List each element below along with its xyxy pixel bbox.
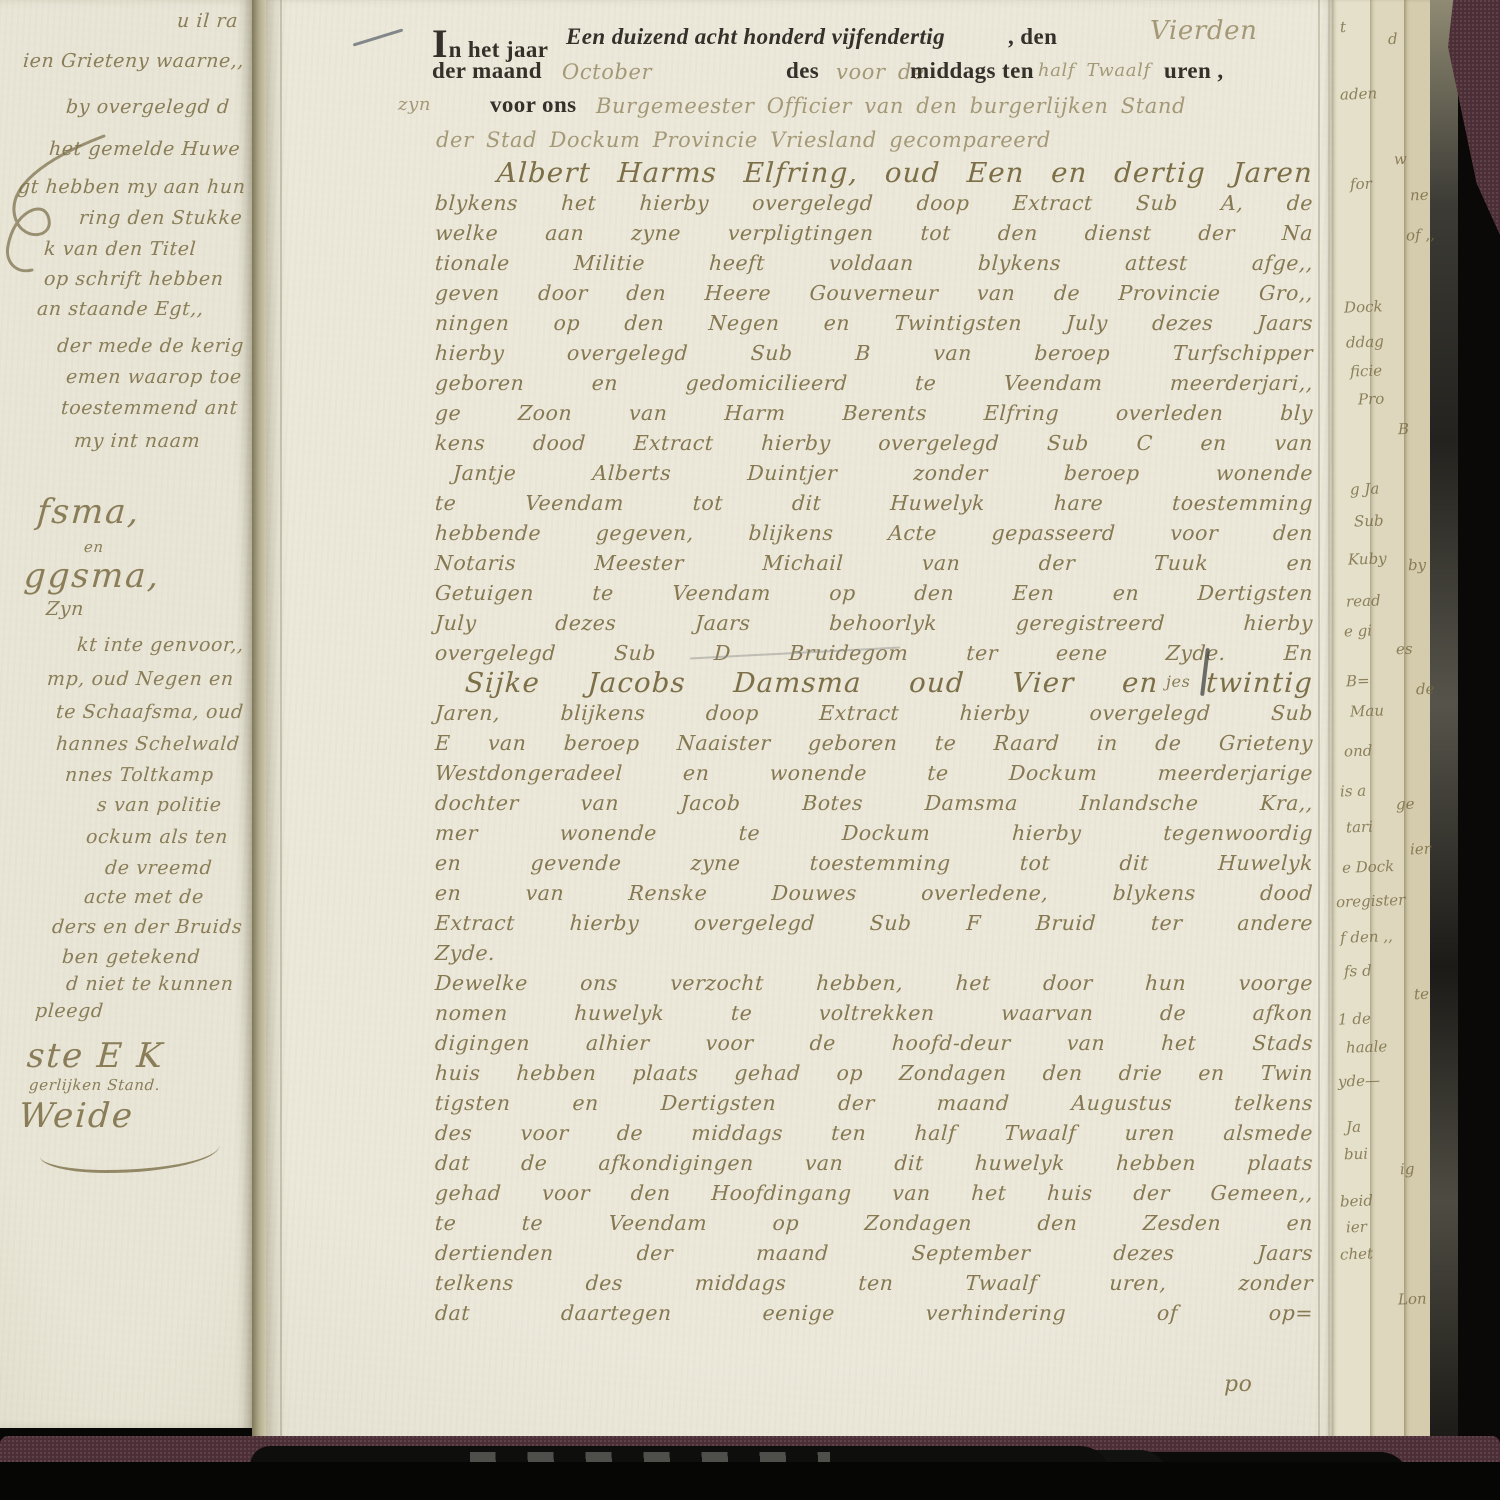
manuscript-line: E van beroep Naaister geboren te Raard i…: [434, 728, 1314, 758]
manuscript-line: ge Zoon van Harm Berents Elfring overled…: [434, 398, 1314, 428]
left-page-line-fragment: k van den Titel: [43, 238, 197, 260]
edge-text-fragment: by: [1408, 556, 1427, 575]
left-page-line-fragment: te Schaafsma, oud: [56, 701, 245, 723]
edge-text-fragment: for: [1350, 175, 1372, 194]
manuscript-line: Jantje Alberts Duintjer zonder beroep wo…: [434, 458, 1314, 488]
edge-text-fragment: Pro: [1358, 390, 1385, 409]
manuscript-line: en van Renske Douwes overledene, blykens…: [434, 878, 1314, 908]
manuscript-line: nomen huwelyk te voltrekken waarvan de a…: [434, 998, 1314, 1028]
main-record-page: In het jaar Een duizend acht honderd vij…: [266, 0, 1332, 1447]
form-printed-uren: uren ,: [1164, 58, 1224, 84]
edge-text-fragment: e gi: [1344, 622, 1373, 641]
manuscript-line: geboren en gedomicilieerd te Veendam mee…: [434, 368, 1314, 398]
background-bottom: [0, 1462, 1500, 1500]
edge-text-fragment: d: [1388, 30, 1398, 48]
manuscript-line: te te Veendam op Zondagen den Zesden en: [434, 1208, 1314, 1238]
edge-text-fragment: Dock: [1344, 297, 1383, 316]
left-page-line-fragment: ring den Stukke: [78, 207, 243, 229]
edge-text-fragment: ig: [1400, 1160, 1415, 1178]
written-hour: half Twaalf: [1038, 60, 1151, 81]
manuscript-line: hebbende gegeven, blijkens Acte gepassee…: [434, 518, 1314, 548]
manuscript-line: en gevende zyne toestemming tot dit Huwe…: [434, 848, 1314, 878]
edge-text-fragment: chet: [1340, 1244, 1374, 1263]
edge-text-fragment: e Dock: [1342, 857, 1395, 877]
written-month: October: [562, 60, 652, 84]
page-crease: [1318, 0, 1320, 1447]
registry-book-photo: u il raien Grieteny waarne,,by overgeleg…: [0, 0, 1500, 1500]
edge-text-fragment: Ja: [1346, 1118, 1362, 1137]
left-page-line-fragment: d niet te kunnen: [66, 973, 235, 995]
left-page-line-fragment: gerlijken Stand.: [28, 1076, 160, 1094]
edge-text-fragment: de: [1416, 680, 1435, 699]
manuscript-line: des voor de middags ten half Twaalf uren…: [434, 1118, 1314, 1148]
form-printed-middags-ten: middags ten: [910, 58, 1034, 84]
left-page-line-fragment: kt inte genvoor,,: [76, 634, 244, 656]
left-page-line-fragment: my int naam: [73, 430, 201, 452]
edge-text-fragment: ficie: [1350, 361, 1383, 380]
manuscript-line: Zyde.: [434, 938, 1314, 968]
page-edge-strip: [1370, 0, 1404, 1456]
edge-text-fragment: yde—: [1338, 1071, 1381, 1090]
left-page-line-fragment: by overgelegd d: [66, 96, 231, 118]
left-page-line-fragment: emen waarop toe: [65, 366, 242, 388]
edge-text-fragment: ge: [1396, 795, 1415, 814]
catchword: po: [1224, 1372, 1253, 1397]
manuscript-line: tionale Militie heeft voldaan blykens at…: [434, 248, 1314, 278]
manuscript-line: dertienden der maand September dezes Jaa…: [434, 1238, 1314, 1268]
manuscript-line: ningen op den Negen en Twintigsten July …: [434, 308, 1314, 338]
written-official-title: Burgemeester Officier van den burgerlijk…: [596, 94, 1186, 118]
edge-text-fragment: ddag: [1346, 332, 1384, 351]
manuscript-line: mer wonende te Dockum hierby tegenwoordi…: [434, 818, 1314, 848]
edge-text-fragment: g Ja: [1350, 479, 1380, 498]
left-page-line-fragment: acte met de: [83, 886, 204, 908]
manuscript-line: blykens het hierby overgelegd doop Extra…: [434, 188, 1314, 218]
manuscript-line: Jaren, blijkens doop Extract hierby over…: [434, 698, 1314, 728]
manuscript-line: welke aan zyne verpligtingen tot den die…: [434, 218, 1314, 248]
left-page-line-fragment: toestemmend ant: [60, 397, 238, 419]
edge-text-fragment: read: [1346, 591, 1381, 610]
left-page-line-fragment: nnes Toltkamp: [65, 764, 215, 786]
left-page-line-fragment: Zyn: [45, 598, 85, 620]
page-crease: [1328, 0, 1330, 1447]
manuscript-line: Westdongeradeel en wonende te Dockum mee…: [434, 758, 1314, 788]
written-city-line: der Stad Dockum Provincie Vriesland geco…: [436, 128, 1051, 152]
edge-text-fragment: ond: [1344, 742, 1373, 761]
edge-text-fragment: Sub: [1354, 511, 1384, 530]
edge-text-fragment: Mau: [1350, 701, 1385, 720]
page-crease: [280, 0, 282, 1447]
interlinear-insertion: jes: [1166, 672, 1190, 691]
manuscript-line: Albert Harms Elfring, oud Een en dertig …: [434, 158, 1314, 188]
form-printed-des: des: [786, 58, 819, 84]
manuscript-line: dat de afkondigingen van dit huwelyk heb…: [434, 1148, 1314, 1178]
edge-text-fragment: ier: [1410, 840, 1431, 859]
edge-text-fragment: beid: [1340, 1191, 1373, 1210]
manuscript-line: kens dood Extract hierby overgelegd Sub …: [434, 428, 1314, 458]
left-page-line-fragment: de vreemd: [104, 857, 213, 879]
manuscript-line: Dewelke ons verzocht hebben, het door hu…: [434, 968, 1314, 998]
form-printed-den: , den: [1008, 24, 1057, 50]
edge-text-fragment: fs d: [1344, 962, 1372, 981]
manuscript-line: tigsten en Dertigsten der maand Augustus…: [434, 1088, 1314, 1118]
manuscript-line: digingen alhier voor de hoofd-deur van h…: [434, 1028, 1314, 1058]
left-page-line-fragment: ockum als ten: [85, 826, 229, 848]
left-page-line-fragment: der mede de kerig: [56, 335, 245, 357]
manuscript-line: Notaris Meester Michail van der Tuuk en: [434, 548, 1314, 578]
left-page-line-fragment: ien Grieteny waarne,,: [22, 50, 245, 72]
edge-text-fragment: B: [1398, 420, 1410, 438]
edge-text-fragment: Kuby: [1348, 549, 1387, 568]
manuscript-line: overgelegd Sub D Bruidegom ter eene Zyde…: [434, 638, 1314, 668]
left-page-line-fragment: ggsma,: [22, 556, 161, 596]
left-page-line-fragment: u il ra: [176, 10, 239, 32]
edge-text-fragment: aden: [1340, 84, 1378, 103]
book-binding-dark: [1458, 0, 1500, 1500]
edge-text-fragment: 1 de: [1338, 1009, 1371, 1028]
edge-text-fragment: te: [1414, 985, 1430, 1004]
manuscript-line: geven door den Heere Gouverneur van de P…: [434, 278, 1314, 308]
edge-text-fragment: B=: [1346, 672, 1370, 691]
manuscript-line: Getuigen te Veendam op den Een en Dertig…: [434, 578, 1314, 608]
edge-text-fragment: es: [1396, 640, 1413, 659]
manuscript-line: dat daartegen eenige verhindering of op=: [434, 1298, 1314, 1328]
left-page-line-fragment: ben getekend: [61, 946, 201, 968]
form-printed-voor-ons: voor ons: [490, 92, 577, 118]
left-page-line-fragment: pleegd: [35, 1000, 105, 1022]
left-page: u il raien Grieteny waarne,,by overgeleg…: [0, 0, 252, 1428]
edge-text-fragment: oregister: [1336, 891, 1406, 911]
book-gutter: [252, 0, 266, 1446]
written-zyn: zyn: [398, 94, 431, 115]
form-printed-der-maand: der maand: [432, 58, 542, 84]
left-page-line-fragment: hannes Schelwald: [56, 733, 241, 755]
edge-text-fragment: t: [1340, 18, 1347, 36]
left-page-line-fragment: ste E K: [26, 1036, 166, 1076]
page-edge-shadow-strip: [1430, 0, 1458, 1466]
edge-text-fragment: tari: [1346, 818, 1374, 837]
left-page-line-fragment: s van politie: [97, 794, 223, 816]
edge-text-fragment: ne: [1410, 186, 1429, 205]
edge-text-fragment: bui: [1344, 1145, 1369, 1164]
manuscript-line: telkens des middags ten Twaalf uren, zon…: [434, 1268, 1314, 1298]
manuscript-line: July dezes Jaars behoorlyk geregistreerd…: [434, 608, 1314, 638]
signature-flourish-underline: [40, 1128, 220, 1173]
edge-text-fragment: f den ,,: [1340, 927, 1393, 947]
manuscript-line: dochter van Jacob Botes Damsma Inlandsch…: [434, 788, 1314, 818]
left-page-line-fragment: ders en der Bruids: [51, 916, 243, 938]
form-printed-year-words: Een duizend acht honderd vijfendertig: [566, 24, 945, 50]
left-page-line-fragment: gt hebben my aan hun: [18, 176, 247, 198]
left-page-line-fragment: mp, oud Negen en: [46, 668, 234, 690]
written-day: Vierden: [1150, 16, 1257, 46]
left-page-line-fragment: fsma,: [35, 492, 141, 532]
edge-text-fragment: is a: [1340, 782, 1367, 801]
left-page-line-fragment: op schrift hebben: [44, 268, 225, 290]
manuscript-line: Extract hierby overgelegd Sub F Bruid te…: [434, 908, 1314, 938]
manuscript-line: te Veendam tot dit Huwelyk hare toestemm…: [434, 488, 1314, 518]
page-edge-strip: [1404, 0, 1430, 1460]
manuscript-body: Albert Harms Elfring, oud Een en dertig …: [435, 158, 1313, 1328]
left-page-line-fragment: en: [84, 538, 105, 556]
edge-text-fragment: ier: [1346, 1218, 1367, 1237]
edge-text-fragment: haale: [1346, 1037, 1388, 1056]
manuscript-line: hierby overgelegd Sub B van beroep Turfs…: [434, 338, 1314, 368]
edge-text-fragment: w: [1394, 150, 1407, 168]
edge-text-fragment: of ,,: [1406, 226, 1436, 245]
left-page-line-fragment: het gemelde Huwe: [48, 138, 241, 160]
manuscript-line: gehad voor den Hoofdingang van het huis …: [434, 1178, 1314, 1208]
manuscript-line: huis hebben plaats gehad op Zondagen den…: [434, 1058, 1314, 1088]
edge-text-fragment: Lon: [1398, 1290, 1427, 1309]
left-page-line-fragment: an staande Egt,,: [37, 298, 205, 320]
